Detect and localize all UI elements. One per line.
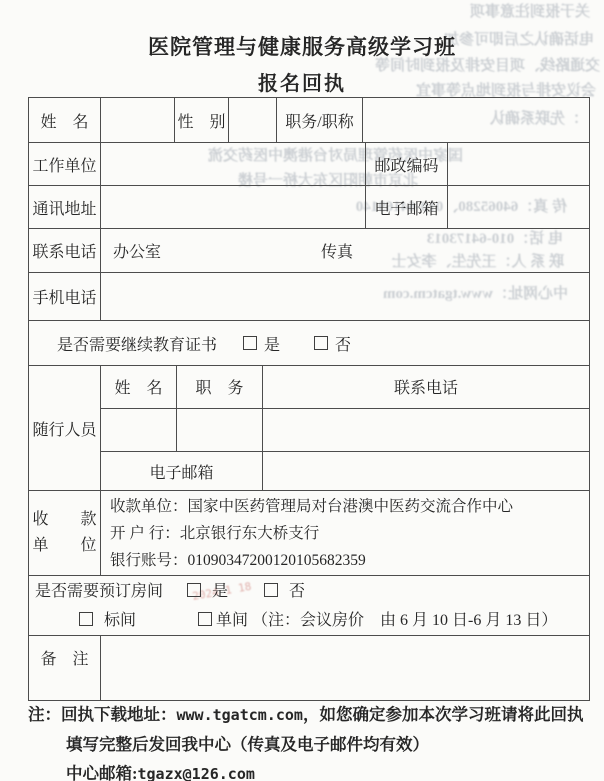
payee-label: 收 款 单 位 [29,491,101,575]
room-type-line: 标间 单间 （注：会议房价 由 6 月 10 日-6 月 13 日） [35,606,557,635]
position-title-input-cell[interactable] [363,98,589,142]
room-no-checkbox[interactable] [264,583,278,597]
payee-label-line2: 单 位 [32,533,96,559]
room-booking-cell: 是否需要预订房间 是 否 标间 单间 （注：会议房价 由 6 月 10 日-6 … [29,576,589,635]
gender-input-cell[interactable] [229,98,277,142]
mobile-phone-input-cell[interactable] [101,273,589,320]
companion-title-header: 职 务 [177,366,263,408]
standard-room-checkbox[interactable] [79,612,93,626]
standard-room-label: 标间 [104,612,136,629]
room-price-note: （注：会议房价 由 6 月 10 日-6 月 13 日） [252,612,557,629]
row-name-gender-title: 姓 名 性 别 职务/职称 [29,98,589,143]
bleedthrough-text: 关于报到注意事项 [400,0,590,21]
payee-unit-value: 国家中医药管理局对台港澳中医药交流合作中心 [188,498,514,515]
payee-label-line1: 收 款 [32,507,96,533]
companion-email-label: 电子邮箱 [101,452,263,490]
name-label: 姓 名 [29,98,101,142]
address-label: 通讯地址 [29,186,101,228]
work-unit-input-cell[interactable] [101,143,366,185]
companions-header-row: 姓 名 职 务 联系电话 [101,366,589,409]
row-address: 通讯地址 电子邮箱 [29,186,589,229]
email-input-cell[interactable] [448,186,589,228]
payee-account-number: 01090347200120105682359 [188,552,366,569]
footer-note-suffix: ，如您确定参加本次学习班请将此回执 [303,705,584,724]
center-email: tgazx@126.com [138,765,255,781]
footer-line1: 注：回执下载地址：www.tgatcm.com，如您确定参加本次学习班请将此回执 [28,700,584,730]
remarks-label: 备 注 [29,636,101,700]
contact-phone-input-cell[interactable]: 办公室 传真 [101,229,589,272]
payee-bank-label: 开 户 行： [110,525,180,542]
postcode-input-cell[interactable] [448,143,589,185]
page-title: 医院管理与健康服务高级学习班 [0,31,604,61]
payee-bank-value: 北京银行东大桥支行 [180,525,320,542]
work-unit-label: 工作单位 [29,143,101,185]
page-subtitle: 报名回执 [0,67,604,96]
companion-phone-header: 联系电话 [263,366,589,408]
footer-note-prefix: 注：回执下载地址： [28,705,177,724]
footer-note: 注：回执下载地址：www.tgatcm.com，如您确定参加本次学习班请将此回执… [28,700,584,781]
payee-unit-label: 收款单位： [110,498,188,515]
certificate-yes-label: 是 [264,332,280,355]
companions-subtable: 姓 名 职 务 联系电话 电子邮箱 [101,366,589,490]
certificate-question: 是否需要继续教育证书 [57,332,217,355]
gender-label: 性 别 [175,98,229,142]
payee-account-line: 银行账号：01090347200120105682359 [110,547,366,574]
companion-name-input-cell[interactable] [101,409,177,452]
download-url: www.tgatcm.com [177,706,303,724]
row-remarks: 备 注 [29,636,589,700]
scanned-registration-form: 关于报到注意事项 电话确认之后即可参加 交通路线、项目安排及报到时间等 会议安排… [0,0,604,781]
postcode-label: 邮政编码 [366,143,448,185]
payee-details: 收款单位：国家中医药管理局对台港澳中医药交流合作中心 开 户 行：北京银行东大桥… [101,491,589,575]
row-mobile-phone: 手机电话 [29,273,589,321]
room-question: 是否需要预订房间 [35,583,163,600]
address-input-cell[interactable] [101,186,366,228]
payee-unit-line: 收款单位：国家中医药管理局对台港澳中医药交流合作中心 [110,493,513,520]
mobile-phone-label: 手机电话 [29,273,101,320]
registration-form-table: 姓 名 性 别 职务/职称 工作单位 邮政编码 通讯地址 电子邮箱 联系电话 办… [28,97,590,701]
single-room-label: 单间 [216,612,248,629]
single-room-checkbox[interactable] [198,612,212,626]
companion-title-input-cell[interactable] [177,409,263,452]
footer-line3: 中心邮箱:tgazx@126.com [28,759,584,781]
fax-label: 传真 [321,239,353,262]
footer-line2: 填写完整后发回我中心（传真及电子邮件均有效） [28,730,584,759]
row-payee: 收 款 单 位 收款单位：国家中医药管理局对台港澳中医药交流合作中心 开 户 行… [29,491,589,576]
companions-email-row: 电子邮箱 [101,452,589,490]
certificate-yes-checkbox[interactable] [243,336,257,350]
companions-blank-row [101,409,589,453]
row-companions: 随行人员 姓 名 职 务 联系电话 电子邮箱 [29,366,589,491]
certificate-no-checkbox[interactable] [314,336,328,350]
contact-phone-label: 联系电话 [29,229,101,272]
companion-name-header: 姓 名 [101,366,177,408]
room-question-line: 是否需要预订房间 是 否 [35,577,305,606]
payee-bank-line: 开 户 行：北京银行东大桥支行 [110,520,319,547]
center-email-label: 中心邮箱: [66,764,138,781]
email-label: 电子邮箱 [366,186,448,228]
companions-label: 随行人员 [29,366,101,490]
certificate-no-label: 否 [335,332,351,355]
certificate-question-cell: 是否需要继续教育证书 是 否 [29,321,589,365]
name-input-cell[interactable] [101,98,175,142]
remarks-input-cell[interactable] [101,636,589,700]
room-yes-label: 是 [212,583,228,600]
row-room-booking: 是否需要预订房间 是 否 标间 单间 （注：会议房价 由 6 月 10 日-6 … [29,576,589,636]
office-label: 办公室 [113,239,161,262]
row-work-unit: 工作单位 邮政编码 [29,143,589,186]
companion-email-input-cell[interactable] [263,452,589,490]
payee-account-label: 银行账号： [110,552,188,569]
row-contact-phone: 联系电话 办公室 传真 [29,229,589,273]
position-title-label: 职务/职称 [277,98,363,142]
row-certificate: 是否需要继续教育证书 是 否 [29,321,589,366]
room-yes-checkbox[interactable] [187,583,201,597]
room-no-label: 否 [289,583,305,600]
companion-phone-input-cell[interactable] [263,409,589,452]
